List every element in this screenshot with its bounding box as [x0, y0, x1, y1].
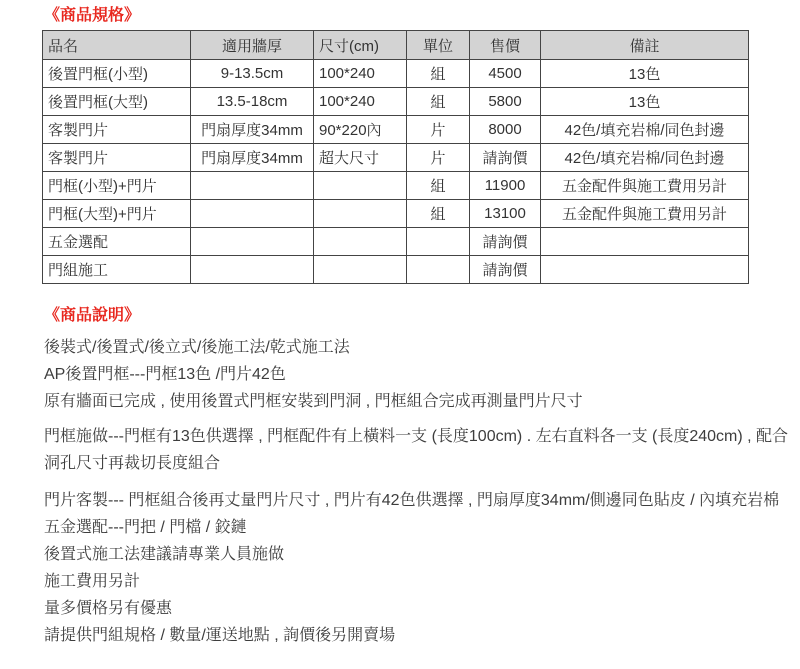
description-line: 量多價格另有優惠: [44, 595, 792, 622]
spec-cell: 五金配件與施工費用另計: [541, 200, 749, 228]
spec-cell: 13100: [470, 200, 541, 228]
product-spec-table: 品名 適用牆厚 尺寸(cm) 單位 售價 備註 後置門框(小型) 9-13.5c…: [42, 30, 749, 284]
spec-cell: 組: [407, 172, 470, 200]
spec-cell: 組: [407, 60, 470, 88]
spec-cell: [407, 228, 470, 256]
description-line: 五金選配---門把 / 門檔 / 鉸鏈: [44, 514, 792, 541]
col-header-remarks: 備註: [541, 31, 749, 60]
spec-cell: 42色/填充岩棉/同色封邊: [541, 116, 749, 144]
description-line: 原有牆面已完成 , 使用後置式門框安裝到門洞 , 門框組合完成再測量門片尺寸: [44, 388, 792, 415]
spec-cell: 後置門框(大型): [43, 88, 191, 116]
spec-cell: 13色: [541, 88, 749, 116]
table-row: 客製門片 門扇厚度34mm 90*220內 片 8000 42色/填充岩棉/同色…: [43, 116, 749, 144]
description-line: AP後置門框---門框13色 /門片42色: [44, 361, 792, 388]
spec-cell: [314, 200, 407, 228]
spec-cell: 超大尺寸: [314, 144, 407, 172]
spec-cell: 門扇厚度34mm: [191, 144, 314, 172]
spec-cell: [541, 228, 749, 256]
spec-cell: [191, 256, 314, 284]
spec-cell: 100*240: [314, 88, 407, 116]
spec-cell: 100*240: [314, 60, 407, 88]
spec-cell: 後置門框(小型): [43, 60, 191, 88]
col-header-product-name: 品名: [43, 31, 191, 60]
spec-cell: 13.5-18cm: [191, 88, 314, 116]
section-title-description: 《商品說明》: [0, 284, 800, 334]
table-row: 客製門片 門扇厚度34mm 超大尺寸 片 請詢價 42色/填充岩棉/同色封邊: [43, 144, 749, 172]
table-row: 後置門框(小型) 9-13.5cm 100*240 組 4500 13色: [43, 60, 749, 88]
spec-cell: 門框(大型)+門片: [43, 200, 191, 228]
product-description: 後裝式/後置式/後立式/後施工法/乾式施工法 AP後置門框---門框13色 /門…: [0, 334, 800, 649]
table-row: 後置門框(大型) 13.5-18cm 100*240 組 5800 13色: [43, 88, 749, 116]
description-line: 請提供門組規格 / 數量/運送地點 , 詢價後另開賣場: [44, 622, 792, 649]
spec-cell: [314, 256, 407, 284]
spec-cell: [191, 228, 314, 256]
col-header-unit: 單位: [407, 31, 470, 60]
spec-cell: 片: [407, 116, 470, 144]
spec-cell: 客製門片: [43, 144, 191, 172]
col-header-size: 尺寸(cm): [314, 31, 407, 60]
spec-cell: 42色/填充岩棉/同色封邊: [541, 144, 749, 172]
description-line: 門片客製--- 門框組合後再丈量門片尺寸 , 門片有42色供選擇 , 門扇厚度3…: [44, 487, 792, 514]
spec-cell: 11900: [470, 172, 541, 200]
table-row: 門框(小型)+門片 組 11900 五金配件與施工費用另計: [43, 172, 749, 200]
spec-cell: 8000: [470, 116, 541, 144]
spec-cell: [407, 256, 470, 284]
product-info-page: 《商品規格》 品名 適用牆厚 尺寸(cm) 單位 售價 備註 後置門框(小型) …: [0, 0, 800, 669]
col-header-price: 售價: [470, 31, 541, 60]
spec-cell: [314, 228, 407, 256]
spec-cell: 4500: [470, 60, 541, 88]
spec-cell: 90*220內: [314, 116, 407, 144]
spec-cell: [191, 200, 314, 228]
spec-cell: [191, 172, 314, 200]
spec-cell: 片: [407, 144, 470, 172]
spec-cell: 門組施工: [43, 256, 191, 284]
spec-cell: 門框(小型)+門片: [43, 172, 191, 200]
table-header-row: 品名 適用牆厚 尺寸(cm) 單位 售價 備註: [43, 31, 749, 60]
spec-cell: [541, 256, 749, 284]
description-line: 施工費用另計: [44, 568, 792, 595]
spec-cell: 請詢價: [470, 228, 541, 256]
col-header-wall-thickness: 適用牆厚: [191, 31, 314, 60]
spec-cell: 13色: [541, 60, 749, 88]
spec-cell: 5800: [470, 88, 541, 116]
description-line: 門框施做---門框有13色供選擇 , 門框配件有上橫料一支 (長度100cm) …: [44, 423, 792, 477]
description-line: 後置式施工法建議請專業人員施做: [44, 541, 792, 568]
spec-cell: 組: [407, 88, 470, 116]
spec-cell: 請詢價: [470, 144, 541, 172]
spec-cell: 9-13.5cm: [191, 60, 314, 88]
spec-cell: 請詢價: [470, 256, 541, 284]
spec-cell: 客製門片: [43, 116, 191, 144]
spec-cell: 五金選配: [43, 228, 191, 256]
spec-cell: 五金配件與施工費用另計: [541, 172, 749, 200]
table-row: 門組施工 請詢價: [43, 256, 749, 284]
spec-cell: 組: [407, 200, 470, 228]
description-line: 後裝式/後置式/後立式/後施工法/乾式施工法: [44, 334, 792, 361]
spec-cell: [314, 172, 407, 200]
table-row: 五金選配 請詢價: [43, 228, 749, 256]
table-row: 門框(大型)+門片 組 13100 五金配件與施工費用另計: [43, 200, 749, 228]
section-title-specs: 《商品規格》: [0, 0, 800, 26]
spec-cell: 門扇厚度34mm: [191, 116, 314, 144]
